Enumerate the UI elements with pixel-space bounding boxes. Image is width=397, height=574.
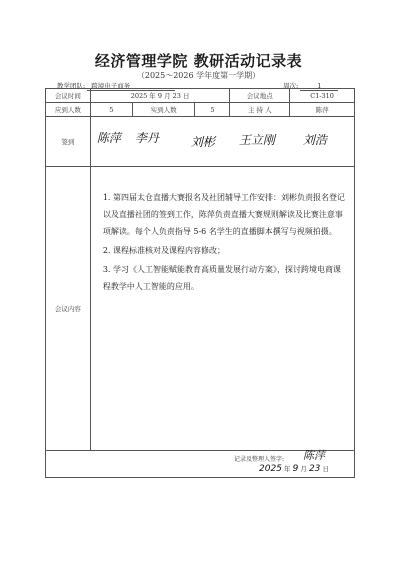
signatures-area: 陈萍 李丹 刘彬 王立刚 刘浩 bbox=[91, 117, 354, 166]
content-label: 会议内容 bbox=[46, 167, 91, 451]
signin-row: 签到 陈萍 李丹 刘彬 王立刚 刘浩 bbox=[46, 117, 355, 167]
sign-date-year: 2025 bbox=[259, 464, 282, 474]
document-title: 经济管理学院 教研活动记录表 bbox=[0, 50, 397, 71]
signature: 李丹 bbox=[135, 129, 159, 146]
meeting-content: 1. 第四届太仓直播大赛报名及社团辅导工作安排：刘彬负责报名登记以及直播社团的签… bbox=[91, 167, 354, 295]
expected-label: 应到人数 bbox=[46, 103, 91, 117]
location-label: 会议地点 bbox=[230, 89, 290, 103]
meeting-time-label: 会议时间 bbox=[46, 89, 91, 103]
signature: 刘浩 bbox=[303, 131, 327, 148]
meeting-time-row: 会议时间 2025 年 9 月 23 日 会议地点 C1-310 bbox=[46, 89, 355, 103]
content-item: 3. 学习《人工智能赋能教育高质量发展行动方案》，探讨跨境电商课程教学中人工智能… bbox=[103, 261, 346, 295]
signin-label: 签到 bbox=[46, 117, 91, 167]
content-item: 2. 课程标准核对及课程内容修改； bbox=[103, 242, 346, 259]
recorder-label: 记录及整理人签字: bbox=[234, 454, 284, 463]
signature: 王立刚 bbox=[239, 131, 275, 148]
activity-record-table: 会议时间 2025 年 9 月 23 日 会议地点 C1-310 应到人数 5 … bbox=[45, 88, 355, 478]
actual-label: 实到人数 bbox=[132, 103, 195, 117]
signature: 陈萍 bbox=[97, 129, 121, 146]
content-item: 1. 第四届太仓直播大赛报名及社团辅导工作安排：刘彬负责报名登记以及直播社团的签… bbox=[103, 189, 346, 240]
recorder-row: 记录及整理人签字: 陈萍 2025 年 9 月 23 日 bbox=[46, 451, 355, 478]
location-value: C1-310 bbox=[290, 89, 355, 103]
actual-value: 5 bbox=[195, 103, 230, 117]
attendance-row: 应到人数 5 实到人数 5 主 持 人 陈萍 bbox=[46, 103, 355, 117]
content-row: 会议内容 1. 第四届太仓直播大赛报名及社团辅导工作安排：刘彬负责报名登记以及直… bbox=[46, 167, 355, 451]
expected-value: 5 bbox=[90, 103, 132, 117]
sign-date-month: 9 bbox=[293, 464, 299, 474]
meeting-time-value: 2025 年 9 月 23 日 bbox=[90, 89, 230, 103]
sign-date-day: 23 bbox=[309, 464, 320, 474]
recorder-signature: 陈萍 bbox=[303, 447, 325, 463]
document-subtitle: （2025～2026 学年度第一学期） bbox=[0, 70, 397, 81]
host-label: 主 持 人 bbox=[230, 103, 290, 117]
signature: 刘彬 bbox=[191, 133, 215, 150]
sign-date: 2025 年 9 月 23 日 bbox=[259, 464, 329, 474]
host-value: 陈萍 bbox=[290, 103, 355, 117]
